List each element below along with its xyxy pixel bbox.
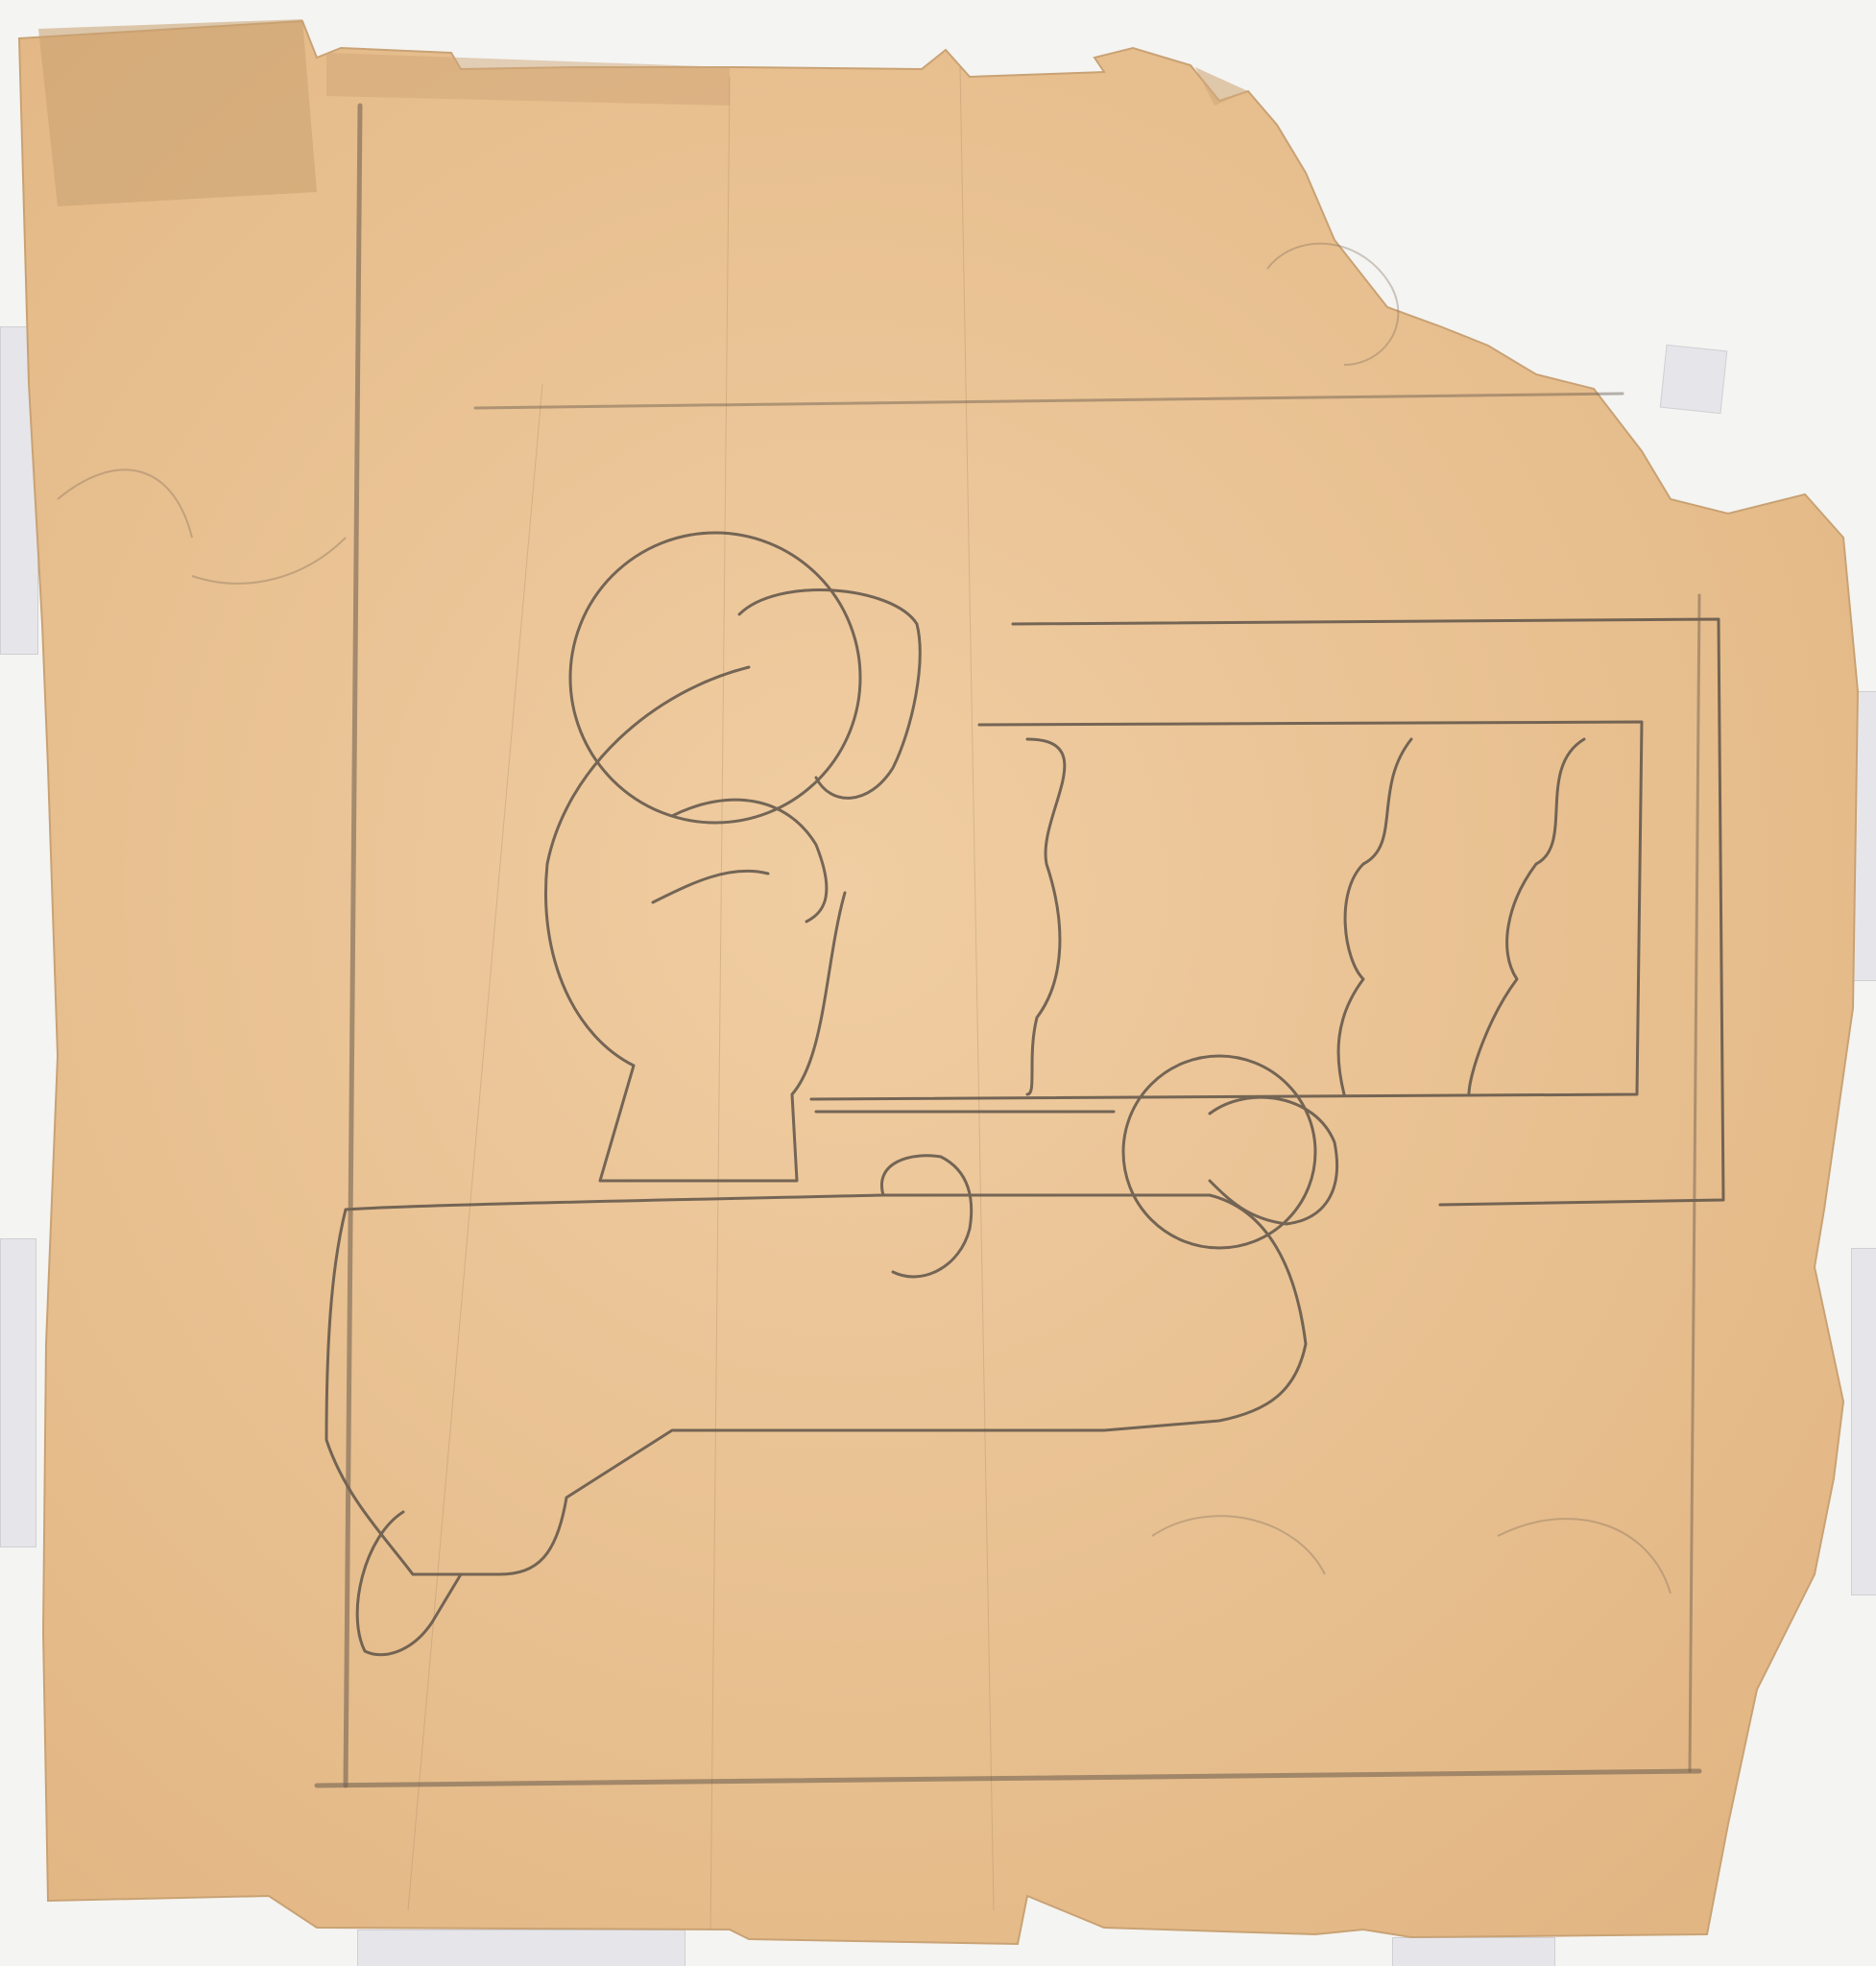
tape-top-left (38, 19, 317, 206)
tracing-paper (19, 21, 1858, 1944)
sketch-artwork (0, 0, 1876, 1966)
